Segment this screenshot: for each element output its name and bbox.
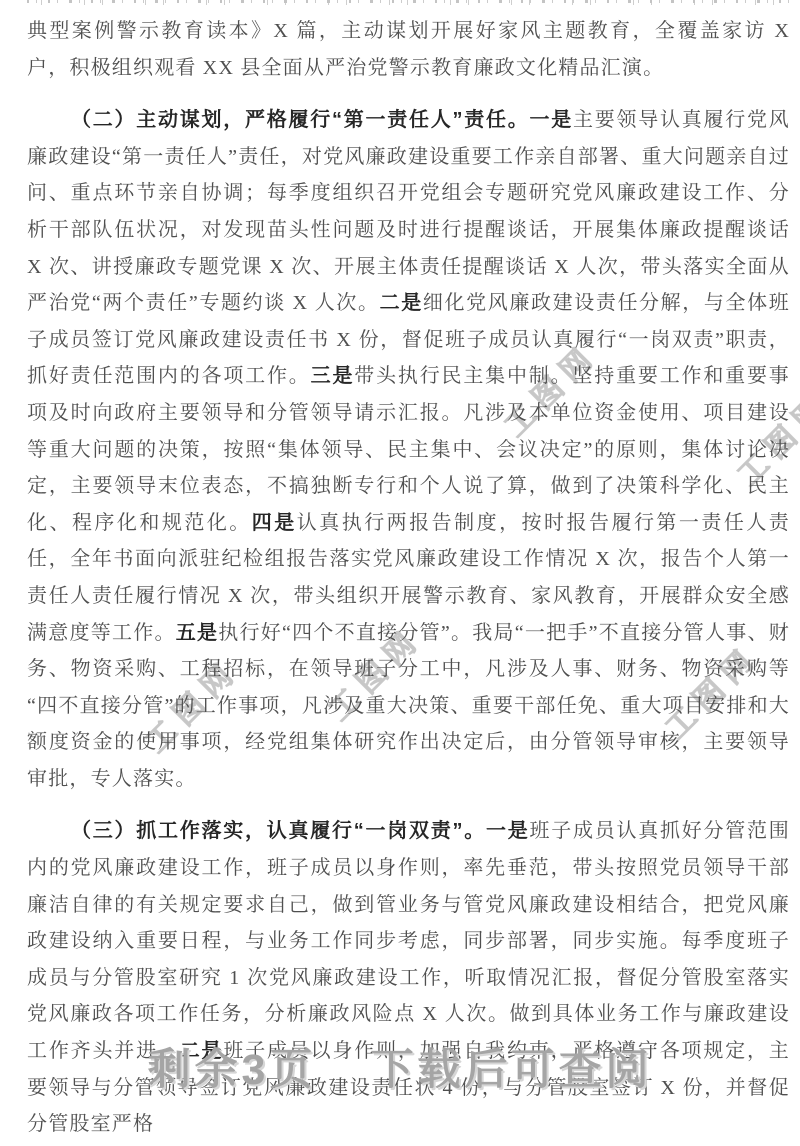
paragraph-continuation: 典型案例警示教育读本》X 篇，主动谋划开展好家风主题教育，全覆盖家访 X 户，积… bbox=[27, 13, 790, 86]
bold-text-run: 三是 bbox=[311, 365, 355, 387]
bold-text-run: 二是 bbox=[380, 292, 423, 314]
bold-text-run: 五是 bbox=[176, 622, 219, 644]
download-banner: 剩余3页下载后可查阅 bbox=[0, 1036, 800, 1097]
clipped-top-line-remnant bbox=[27, 0, 790, 5]
remaining-pages-label: 剩余3页 bbox=[148, 1046, 317, 1094]
text-run: 班子成员认真抓好分管范围内的党风廉政建设工作，班子成员以身作则，率先垂范，带头按… bbox=[27, 820, 790, 1062]
paragraph-section-2: （二）主动谋划，严格履行“第一责任人”责任。一是主要领导认真履行党风廉政建设“第… bbox=[27, 102, 790, 797]
bold-text-run: 四是 bbox=[252, 512, 297, 534]
document-body: 典型案例警示教育读本》X 篇，主动谋划开展好家风主题教育，全覆盖家访 X 户，积… bbox=[27, 13, 790, 1143]
bold-text-run: （三）抓工作落实，认真履行“一岗双责”。一是 bbox=[71, 820, 530, 842]
text-run: 执行好“四个不直接分管”。我局“一把手”不直接分管人事、财务、物资采购、工程招标… bbox=[27, 622, 790, 790]
download-hint-label: 下载后可查阅 bbox=[370, 1046, 652, 1094]
text-run: 带头执行民主集中制。坚持重要工作和重要事项及时向政府主要领导和分管领导请示汇报。… bbox=[27, 365, 790, 533]
bold-text-run: （二）主动谋划，严格履行“第一责任人”责任。一是 bbox=[71, 109, 573, 131]
text-run: 主要领导认真履行党风廉政建设“第一责任人”责任，对党风廉政建设重要工作亲自部署、… bbox=[27, 109, 790, 314]
document-page: 工图网工图网工图网工图网工图网 典型案例警示教育读本》X 篇，主动谋划开展好家风… bbox=[0, 0, 800, 1146]
text-run: 典型案例警示教育读本》X 篇，主动谋划开展好家风主题教育，全覆盖家访 X 户，积… bbox=[27, 20, 790, 79]
